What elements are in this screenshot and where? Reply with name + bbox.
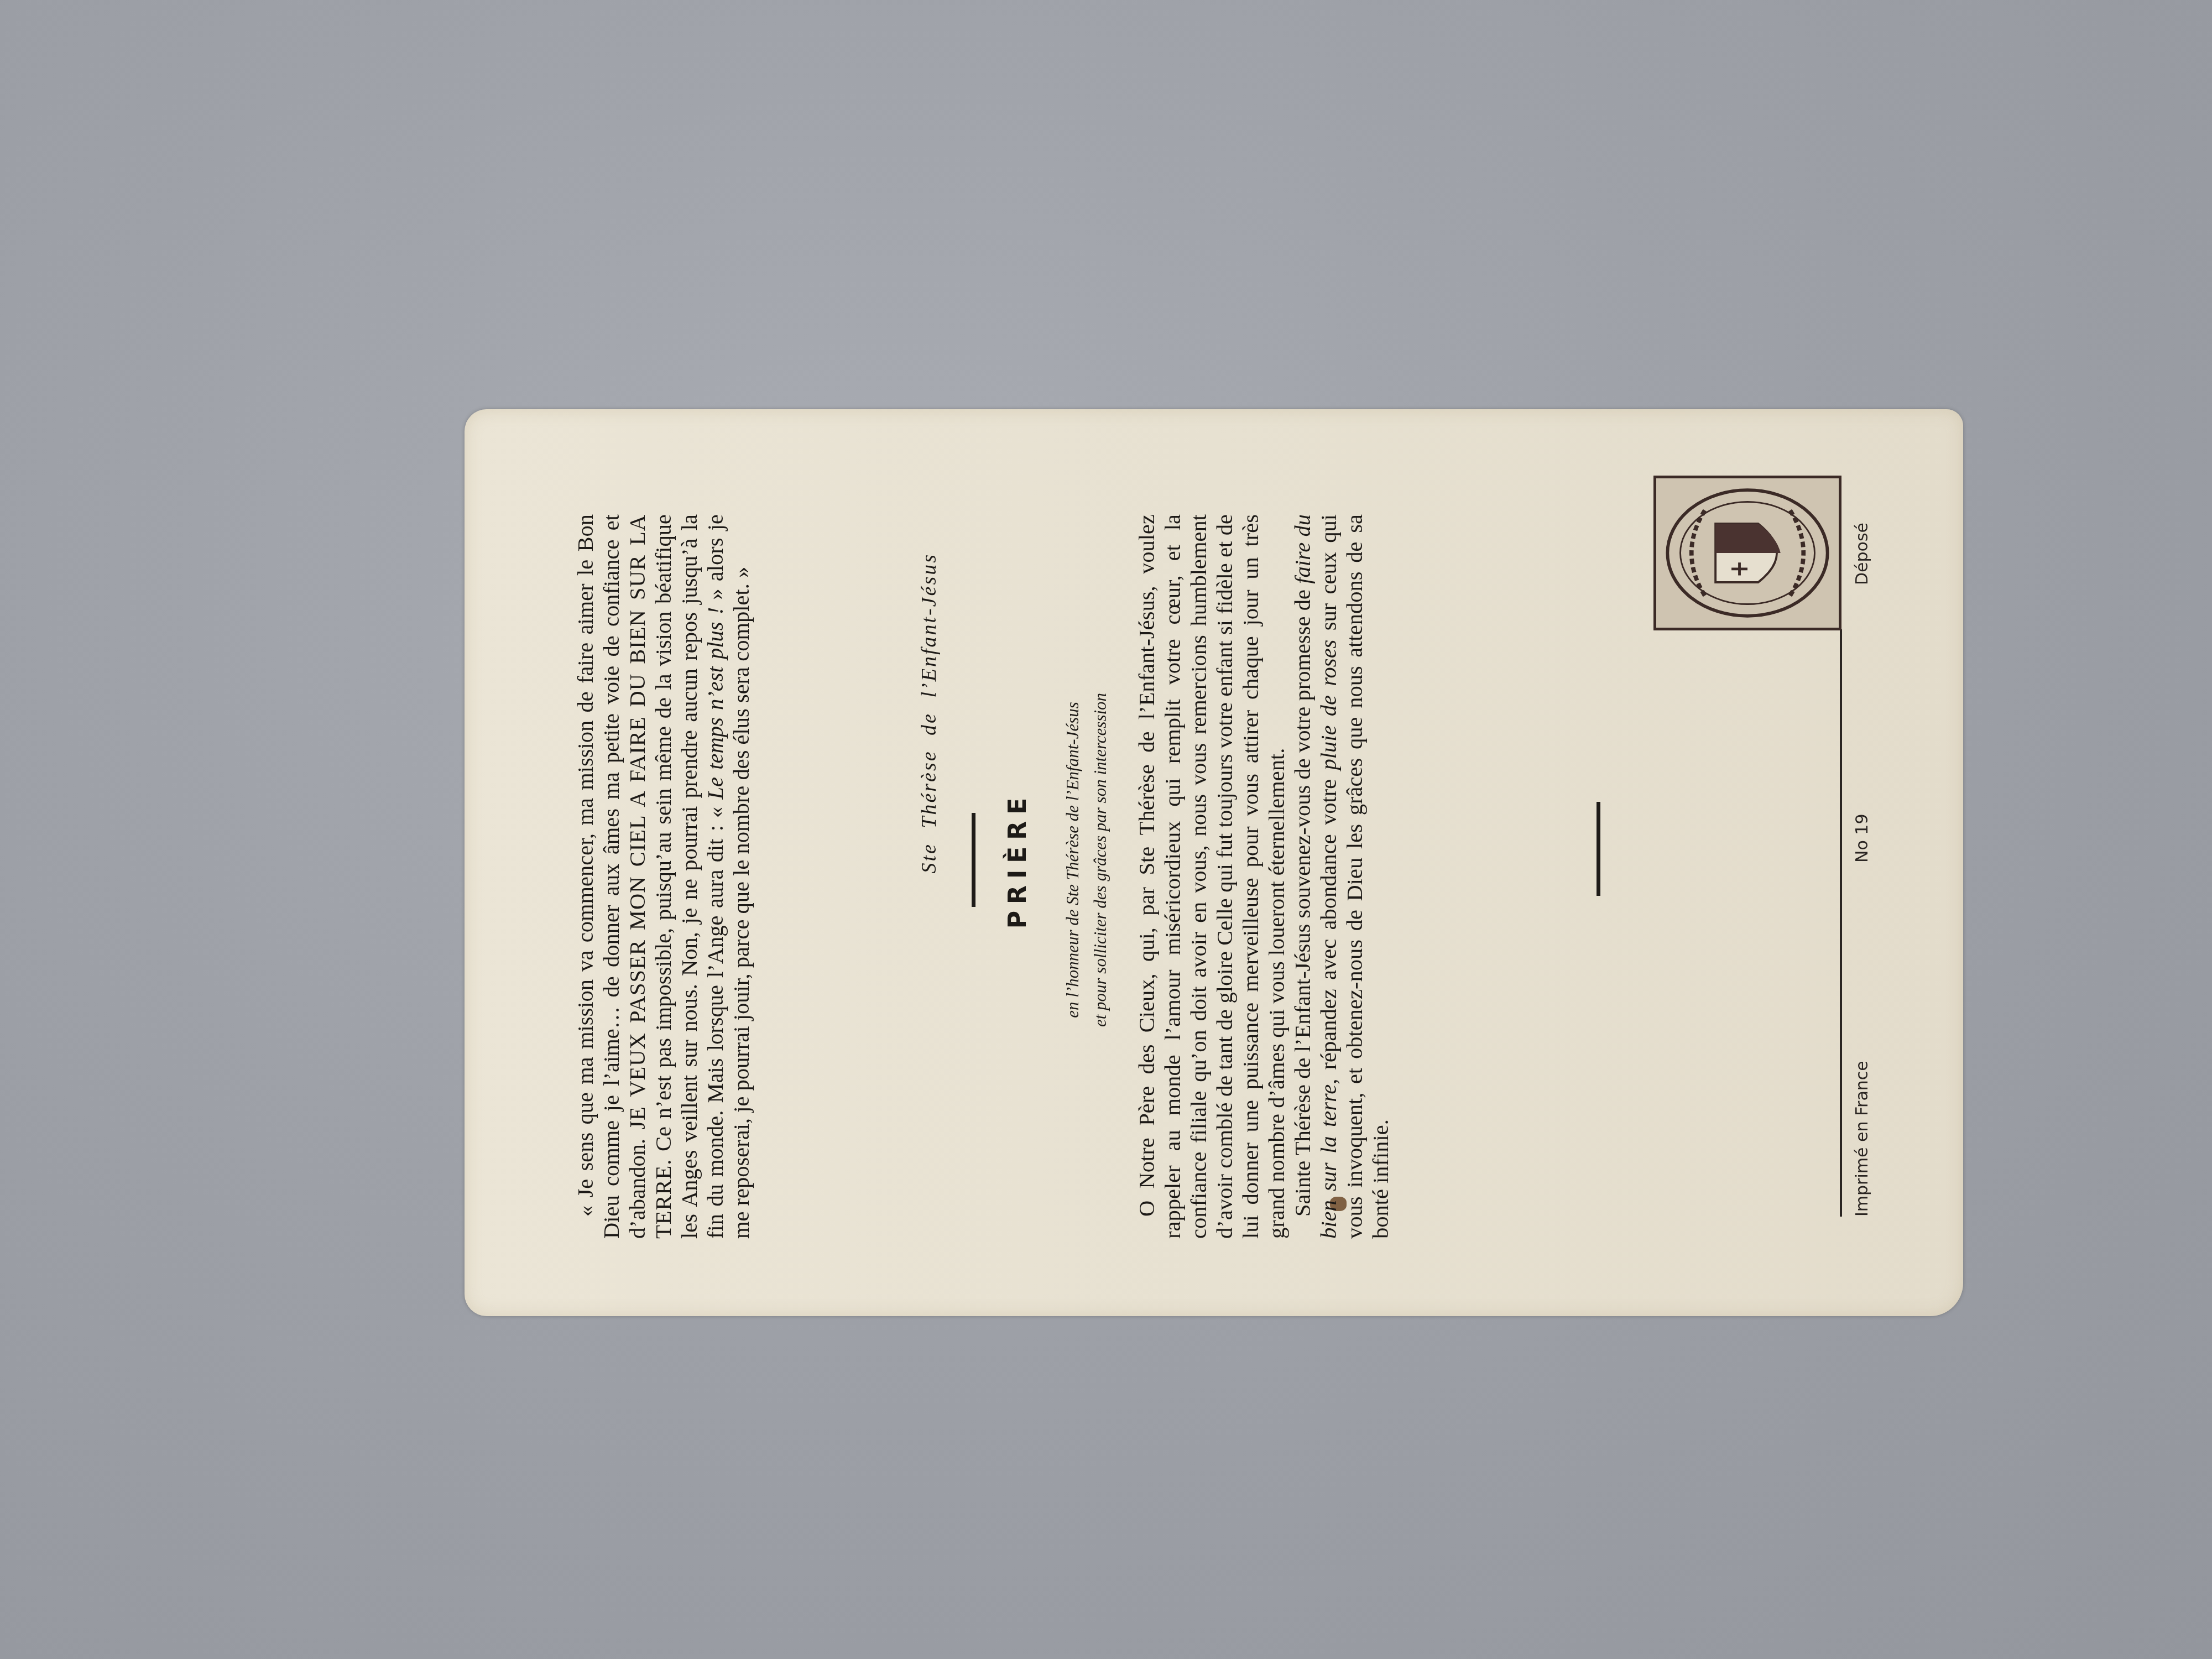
divider-rule xyxy=(1597,802,1600,896)
seal-graphic xyxy=(1656,478,1839,628)
prayer-text: O Notre Père des Cieux, qui, par Ste Thé… xyxy=(1134,514,1394,1239)
prayer-subtitle: en l’honneur de Ste Thérèse de l’Enfant-… xyxy=(1059,481,1114,1239)
printed-in-france-label: Imprimé en France xyxy=(1853,1061,1872,1217)
subtitle-line-1: en l’honneur de Ste Thérèse de l’Enfant-… xyxy=(1059,481,1087,1239)
prayer-paragraph-1: O Notre Père des Cieux, qui, par Ste Thé… xyxy=(1134,514,1290,1239)
coat-of-arms-seal-icon xyxy=(1653,476,1841,630)
prayer-card: « Je sens que ma mission va commencer, m… xyxy=(465,409,1963,1316)
deposited-label: Déposé xyxy=(1853,523,1872,585)
card-number-label: No 19 xyxy=(1853,813,1872,863)
prayer-heading: PRIÈRE xyxy=(1004,481,1032,1239)
footer-rule xyxy=(1840,629,1842,1217)
quote-attribution: Ste Thérèse de l’Enfant-Jésus xyxy=(917,553,941,1239)
divider-rule xyxy=(972,813,975,907)
saint-quote: « Je sens que ma mission va commencer, m… xyxy=(572,514,754,1239)
prayer-paragraph-2: Sainte Thérèse de l’Enfant-Jésus souvene… xyxy=(1290,514,1394,1239)
subtitle-line-2: et pour solliciter des grâces par son in… xyxy=(1087,481,1114,1239)
